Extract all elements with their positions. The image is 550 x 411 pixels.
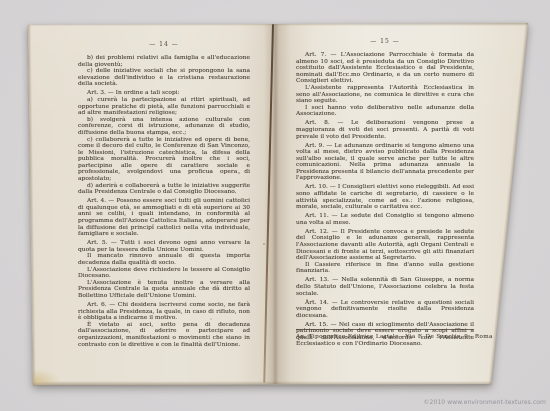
paragraph-article-9: Art. 9. — Le adunanze ordinarie si tengo… [296,143,474,183]
paragraph-article-13: Art. 13. — Nella solennità di San Giusep… [296,277,474,297]
book: — 14 — b) dei problemi relativi alla fam… [0,0,550,411]
paragraph: b) dei problemi relativi alla famiglia e… [78,55,250,68]
paragraph: L'Assistente rappresenta l'Autorità Eccl… [296,85,474,105]
paragraph: È vietato ai soci, sotto pena di decaden… [78,322,250,348]
imprint-line: An. Tipografico-Editrice Laziale - Via F… [296,334,474,340]
page-number-left: — 14 — [78,41,250,48]
paragraph-article-3: Art. 3. — In ordine a tali scopi: [78,90,250,97]
paragraph: c) collaborerà a tutte le iniziative ed … [78,137,250,183]
page-number-right: — 15 — [296,38,474,45]
paragraph: b) svolgerà una intensa azione culturale… [78,117,250,137]
paragraph: Il Cassiere riferisce in fine d'anno sul… [296,262,474,275]
paragraph-article-6: Art. 6. — Chi desidera iscriversi come s… [78,302,250,322]
paragraph-article-12: Art. 12. — Il Presidente convoca e presi… [296,229,474,262]
paragraph-article-4: Art. 4. — Possono essere soci tutti gli … [78,198,250,238]
watermark: ©2010 www.environment-textures.com [423,399,546,406]
photo-background: — 14 — b) dei problemi relativi alla fam… [0,0,550,411]
paragraph: L'Associazione deve richiedere le tesser… [78,267,250,280]
page-edge-bottom [32,381,492,385]
paragraph: d) aderirà e collaborerà a tutte le iniz… [78,183,250,196]
corner-stain [26,369,60,385]
book-pages: — 14 — b) dei problemi relativi alla fam… [0,0,550,411]
page-edge-top [28,23,529,26]
right-page: — 15 — Art. 7. — L'Associazione Parrocch… [296,38,474,368]
paragraph-article-7: Art. 7. — L'Associazione Parrocchiale è … [296,52,474,85]
foxing-speck [263,243,265,245]
imprint-divider [296,329,474,330]
paragraph: c) delle iniziative sociali che si propo… [78,68,250,88]
paragraph: Il mancato rinnovo annuale di questa imp… [78,253,250,266]
paragraph: a) curerà la partecipazione ai ritiri sp… [78,97,250,117]
paragraph-article-5: Art. 5. — Tutti i soci devono ogni anno … [78,240,250,253]
paragraph-article-10: Art. 10. — I Consiglieri elettivi sono r… [296,184,474,210]
paragraph-article-14: Art. 14. — Le controversie relative a qu… [296,300,474,320]
paragraph: L'Associazione è tenuta inoltre a versar… [78,280,250,300]
paragraph-article-11: Art. 11. — Le sedute del Consiglio si te… [296,213,474,226]
paragraph-article-8: Art. 8. — Le deliberazioni vengono prese… [296,120,474,140]
paragraph: I soci hanno voto deliberativo nelle adu… [296,105,474,118]
imprint-footer: An. Tipografico-Editrice Laziale - Via F… [296,329,474,340]
left-page: — 14 — b) dei problemi relativi alla fam… [78,41,250,348]
